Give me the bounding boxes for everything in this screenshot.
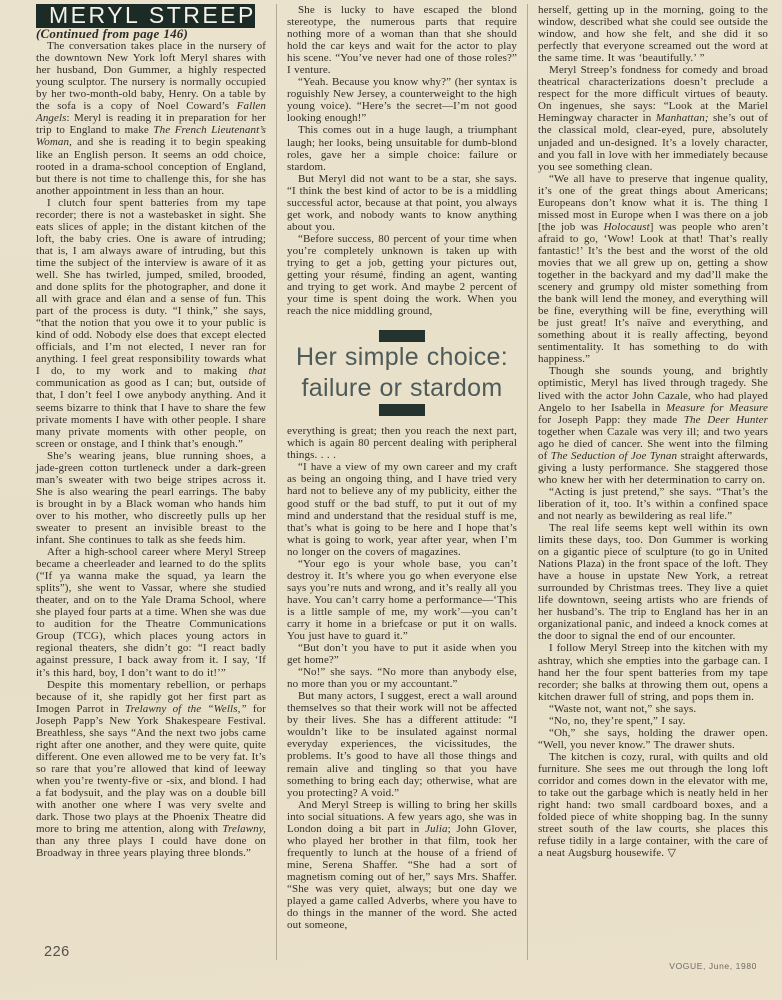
magazine-page: MERYL STREEP (Continued from page 146) T…	[0, 0, 782, 960]
article-paragraph: The conversation takes place in the nurs…	[36, 40, 266, 197]
column-3: herself, getting up in the morning, goin…	[538, 4, 768, 960]
pull-quote: Her simple choice: failure or stardom	[287, 330, 517, 416]
article-paragraph: After a high-school career where Meryl S…	[36, 546, 266, 679]
article-paragraph: But many actors, I suggest, erect a wall…	[287, 690, 517, 798]
pull-quote-bar-top	[379, 330, 425, 342]
column-1-text: The conversation takes place in the nurs…	[36, 40, 266, 859]
article-paragraph: “Acting is just pretend,” she says. “Tha…	[538, 486, 768, 522]
column-2: She is lucky to have escaped the blond s…	[287, 4, 517, 960]
headline: MERYL STREEP	[49, 2, 256, 28]
pull-quote-bar-bottom	[379, 404, 425, 416]
article-paragraph: “I have a view of my own career and my c…	[287, 461, 517, 557]
pull-quote-text: Her simple choice: failure or stardom	[287, 342, 517, 404]
pull-quote-line-2: failure or stardom	[302, 374, 503, 402]
article-paragraph: I follow Meryl Streep into the kitchen w…	[538, 642, 768, 702]
magazine-credit: VOGUE, June, 1980	[669, 961, 757, 971]
article-paragraph: Though she sounds young, and brightly op…	[538, 365, 768, 485]
article-paragraph: And Meryl Streep is willing to bring her…	[287, 799, 517, 932]
article-paragraph: “No, no, they’re spent,” I say.	[538, 715, 768, 727]
headline-box: MERYL STREEP	[36, 4, 255, 28]
column-divider	[527, 4, 528, 960]
pull-quote-line-1: Her simple choice:	[296, 343, 508, 371]
column-1: MERYL STREEP (Continued from page 146) T…	[36, 4, 266, 960]
article-paragraph: This comes out in a huge laugh, a triump…	[287, 124, 517, 172]
page-number: 226	[44, 944, 70, 960]
article-paragraph: But Meryl did not want to be a star, she…	[287, 173, 517, 233]
article-paragraph: She is lucky to have escaped the blond s…	[287, 4, 517, 76]
article-paragraph: herself, getting up in the morning, goin…	[538, 4, 768, 64]
article-paragraph: “Oh,” she says, holding the drawer open.…	[538, 727, 768, 751]
article-paragraph: “We all have to preserve that ingenue qu…	[538, 173, 768, 366]
continued-note: (Continued from page 146)	[36, 28, 266, 40]
article-paragraph: “No!” she says. “No more than anybody el…	[287, 666, 517, 690]
article-paragraph: The kitchen is cozy, rural, with quilts …	[538, 751, 768, 859]
article-paragraph: “Before success, 80 percent of your time…	[287, 233, 517, 317]
column-divider	[276, 4, 277, 960]
article-paragraph: Meryl Streep’s fondness for comedy and b…	[538, 64, 768, 172]
article-paragraph: “But don’t you have to put it aside when…	[287, 642, 517, 666]
article-paragraph: She’s wearing jeans, blue running shoes,…	[36, 450, 266, 546]
article-paragraph: everything is great; then you reach the …	[287, 425, 517, 461]
article-paragraph: “Yeah. Because you know why?” (her synta…	[287, 76, 517, 124]
article-paragraph: Despite this momentary rebellion, or per…	[36, 679, 266, 860]
article-paragraph: “Your ego is your whole base, you can’t …	[287, 558, 517, 642]
column-3-text: herself, getting up in the morning, goin…	[538, 4, 768, 859]
column-2-text-top: She is lucky to have escaped the blond s…	[287, 4, 517, 317]
article-paragraph: The real life seems kept well within its…	[538, 522, 768, 642]
article-paragraph: I clutch four spent batteries from my ta…	[36, 197, 266, 450]
article-paragraph: “Waste not, want not,” she says.	[538, 703, 768, 715]
column-2-text-bottom: everything is great; then you reach the …	[287, 425, 517, 931]
